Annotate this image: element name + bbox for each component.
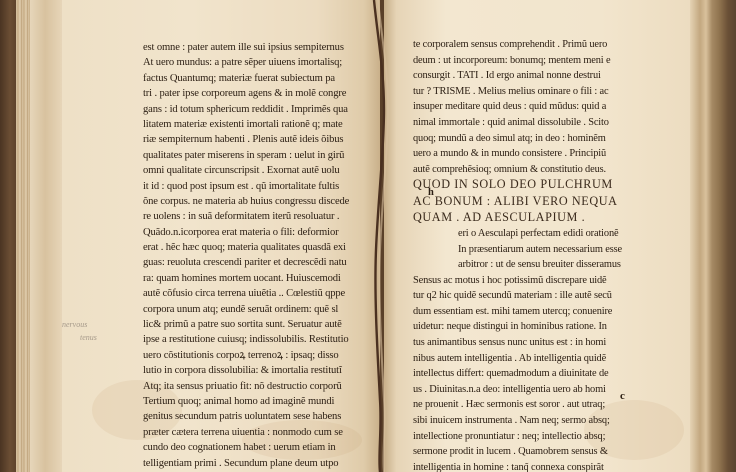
text-line: autẽ cõfusio circa terrena uiuẽtia .. Cœ… bbox=[143, 286, 349, 301]
text-line: consurgit . TATI . Id ergo animal nonne … bbox=[413, 68, 622, 84]
text-line: sermone prodit in lucem . Quamobrem sens… bbox=[413, 444, 622, 460]
text-line: Quãdo.n.icorporea erat materia o fili: d… bbox=[143, 225, 349, 240]
text-line: tur q2 hic quidẽ secundũ materiam : ille… bbox=[413, 288, 622, 304]
text-line-indented: eri o Aesculapi perfectam edidi orationẽ bbox=[413, 226, 622, 242]
text-line: te corporalem sensus comprehendit . Prim… bbox=[413, 37, 622, 53]
text-line: factus Quantumq; materiæ fuerat subiectu… bbox=[143, 71, 349, 86]
text-line: intellectione pronuntiatur : neq; intell… bbox=[413, 429, 622, 445]
text-line: lutio in corpora dissolubilia: & imortal… bbox=[143, 363, 349, 378]
text-line: tur ? TRISME . Melius melius ominare o f… bbox=[413, 84, 622, 100]
text-line: dum essentiam est. mihi tamem utercq; co… bbox=[413, 304, 622, 320]
book-spread: est omne : pater autem ille sui ipsius s… bbox=[0, 0, 736, 472]
marginalia-line: tenus bbox=[62, 331, 97, 344]
right-page-stack-edge bbox=[690, 0, 736, 472]
text-line: Tertium quoq; animal homo ad imaginẽ mun… bbox=[143, 394, 349, 409]
text-line: nimal immortale : quid animal dissolubil… bbox=[413, 115, 622, 131]
text-line: genitus secundum patris uoluntatem sese … bbox=[143, 409, 349, 424]
text-line-indented: In præsentiarum autem necessarium esse bbox=[413, 242, 622, 258]
text-line: ne prouenit . Hæc sermonis est soror . a… bbox=[413, 397, 622, 413]
section-heading-line: QUAM . AD AESCULAPIUM . bbox=[413, 210, 622, 226]
text-line: autẽ comprehẽsioq; omnium & constitutio … bbox=[413, 162, 622, 178]
text-line: deum : ut incorporeum: bonumq; mentem me… bbox=[413, 53, 622, 69]
text-line: Sensus ac motus i hoc potissimũ discrepa… bbox=[413, 273, 622, 289]
text-line: insuper meditare quid deus : quid mũdus:… bbox=[413, 99, 622, 115]
text-line: At uero mundus: a patre sẽper uiuens imo… bbox=[143, 55, 349, 70]
text-line: erat . hẽc hæc quoq; materia qualitates … bbox=[143, 240, 349, 255]
marginalia-line: nervous bbox=[62, 318, 97, 331]
text-line: præter cætera terrena uiuentia : nonmodo… bbox=[143, 425, 349, 440]
gutter-fold-icon bbox=[372, 0, 392, 472]
text-line: õne corpus. ne materia ab huius congress… bbox=[143, 194, 349, 209]
text-line: uidetur: neque distingui in hominibus ra… bbox=[413, 319, 622, 335]
text-line: omni qualitate circunscripsit . Exornat … bbox=[143, 163, 349, 178]
section-heading-line: AC BONUM : ALIBI VERO NEQUA bbox=[413, 194, 622, 210]
text-line: uero a mundo & in mundo consistere . Pri… bbox=[413, 146, 622, 162]
text-line: nibus autem intelligentia . Ab intellige… bbox=[413, 351, 622, 367]
text-line-indented: arbitror : ut de sensu breuiter disseram… bbox=[413, 257, 622, 273]
text-line: gans : id totum sphericum reddidit . Imp… bbox=[143, 102, 349, 117]
text-line: est omne : pater autem ille sui ipsius s… bbox=[143, 40, 349, 55]
left-page-text: est omne : pater autem ille sui ipsius s… bbox=[143, 40, 349, 471]
text-line: lic& primũ a patre suo sortita sunt. Ser… bbox=[143, 317, 349, 332]
text-line: uero cõstitutionis corpoꝝ terrenoꝝ : ips… bbox=[143, 348, 349, 363]
text-line: intellectus differt: quemadmodum a diuin… bbox=[413, 366, 622, 382]
text-line: cundo deo cognationem habet : uerum etia… bbox=[143, 440, 349, 455]
text-line: re uolens : in suã deformitatem iterũ re… bbox=[143, 209, 349, 224]
guide-letter: h bbox=[428, 187, 434, 198]
text-line: us . Diuinitas.n.a deo: intelligentia ue… bbox=[413, 382, 622, 398]
text-line: tri . pater ipse corporeum agens & in mo… bbox=[143, 86, 349, 101]
book-gutter bbox=[372, 0, 392, 472]
text-line: tus animantibus sensus nunc unitus est :… bbox=[413, 335, 622, 351]
text-line: intelligentia in homine : tanq̃ connexa … bbox=[413, 460, 622, 472]
text-line: qualitates pater miserens in speram : ue… bbox=[143, 148, 349, 163]
text-line: it id : quod post ipsum est . qũ imortal… bbox=[143, 179, 349, 194]
text-line: litatem materiæ existenti imortali ratio… bbox=[143, 117, 349, 132]
text-line: ra: quam homines mortem uocant. Huiuscem… bbox=[143, 271, 349, 286]
handwritten-marginalia: nervous tenus bbox=[62, 318, 97, 344]
signature-mark: c bbox=[620, 390, 625, 402]
section-heading-line: QUOD IN SOLO DEO PULCHRUM bbox=[413, 177, 622, 193]
text-line: guas: reuoluta crescendi pariter et decr… bbox=[143, 255, 349, 270]
text-line: sibi inuicem instrumenta . Nam neq; serm… bbox=[413, 413, 622, 429]
text-line: ipse a restitutione cuiusq; indissolubil… bbox=[143, 332, 349, 347]
right-page-text: te corporalem sensus comprehendit . Prim… bbox=[413, 37, 622, 472]
text-line: riæ sempiternum habenti . Plenis autẽ id… bbox=[143, 132, 349, 147]
text-line: quoq; mundũ a deo simul atq; in deo : ho… bbox=[413, 131, 622, 147]
text-line: Atq; ita sensus priuatio fit: nõ destruc… bbox=[143, 379, 349, 394]
text-line: telligentiam primi . Secundum plane deum… bbox=[143, 456, 349, 471]
text-line: corpora unum atq; eundẽ seruãt ordinem: … bbox=[143, 302, 349, 317]
